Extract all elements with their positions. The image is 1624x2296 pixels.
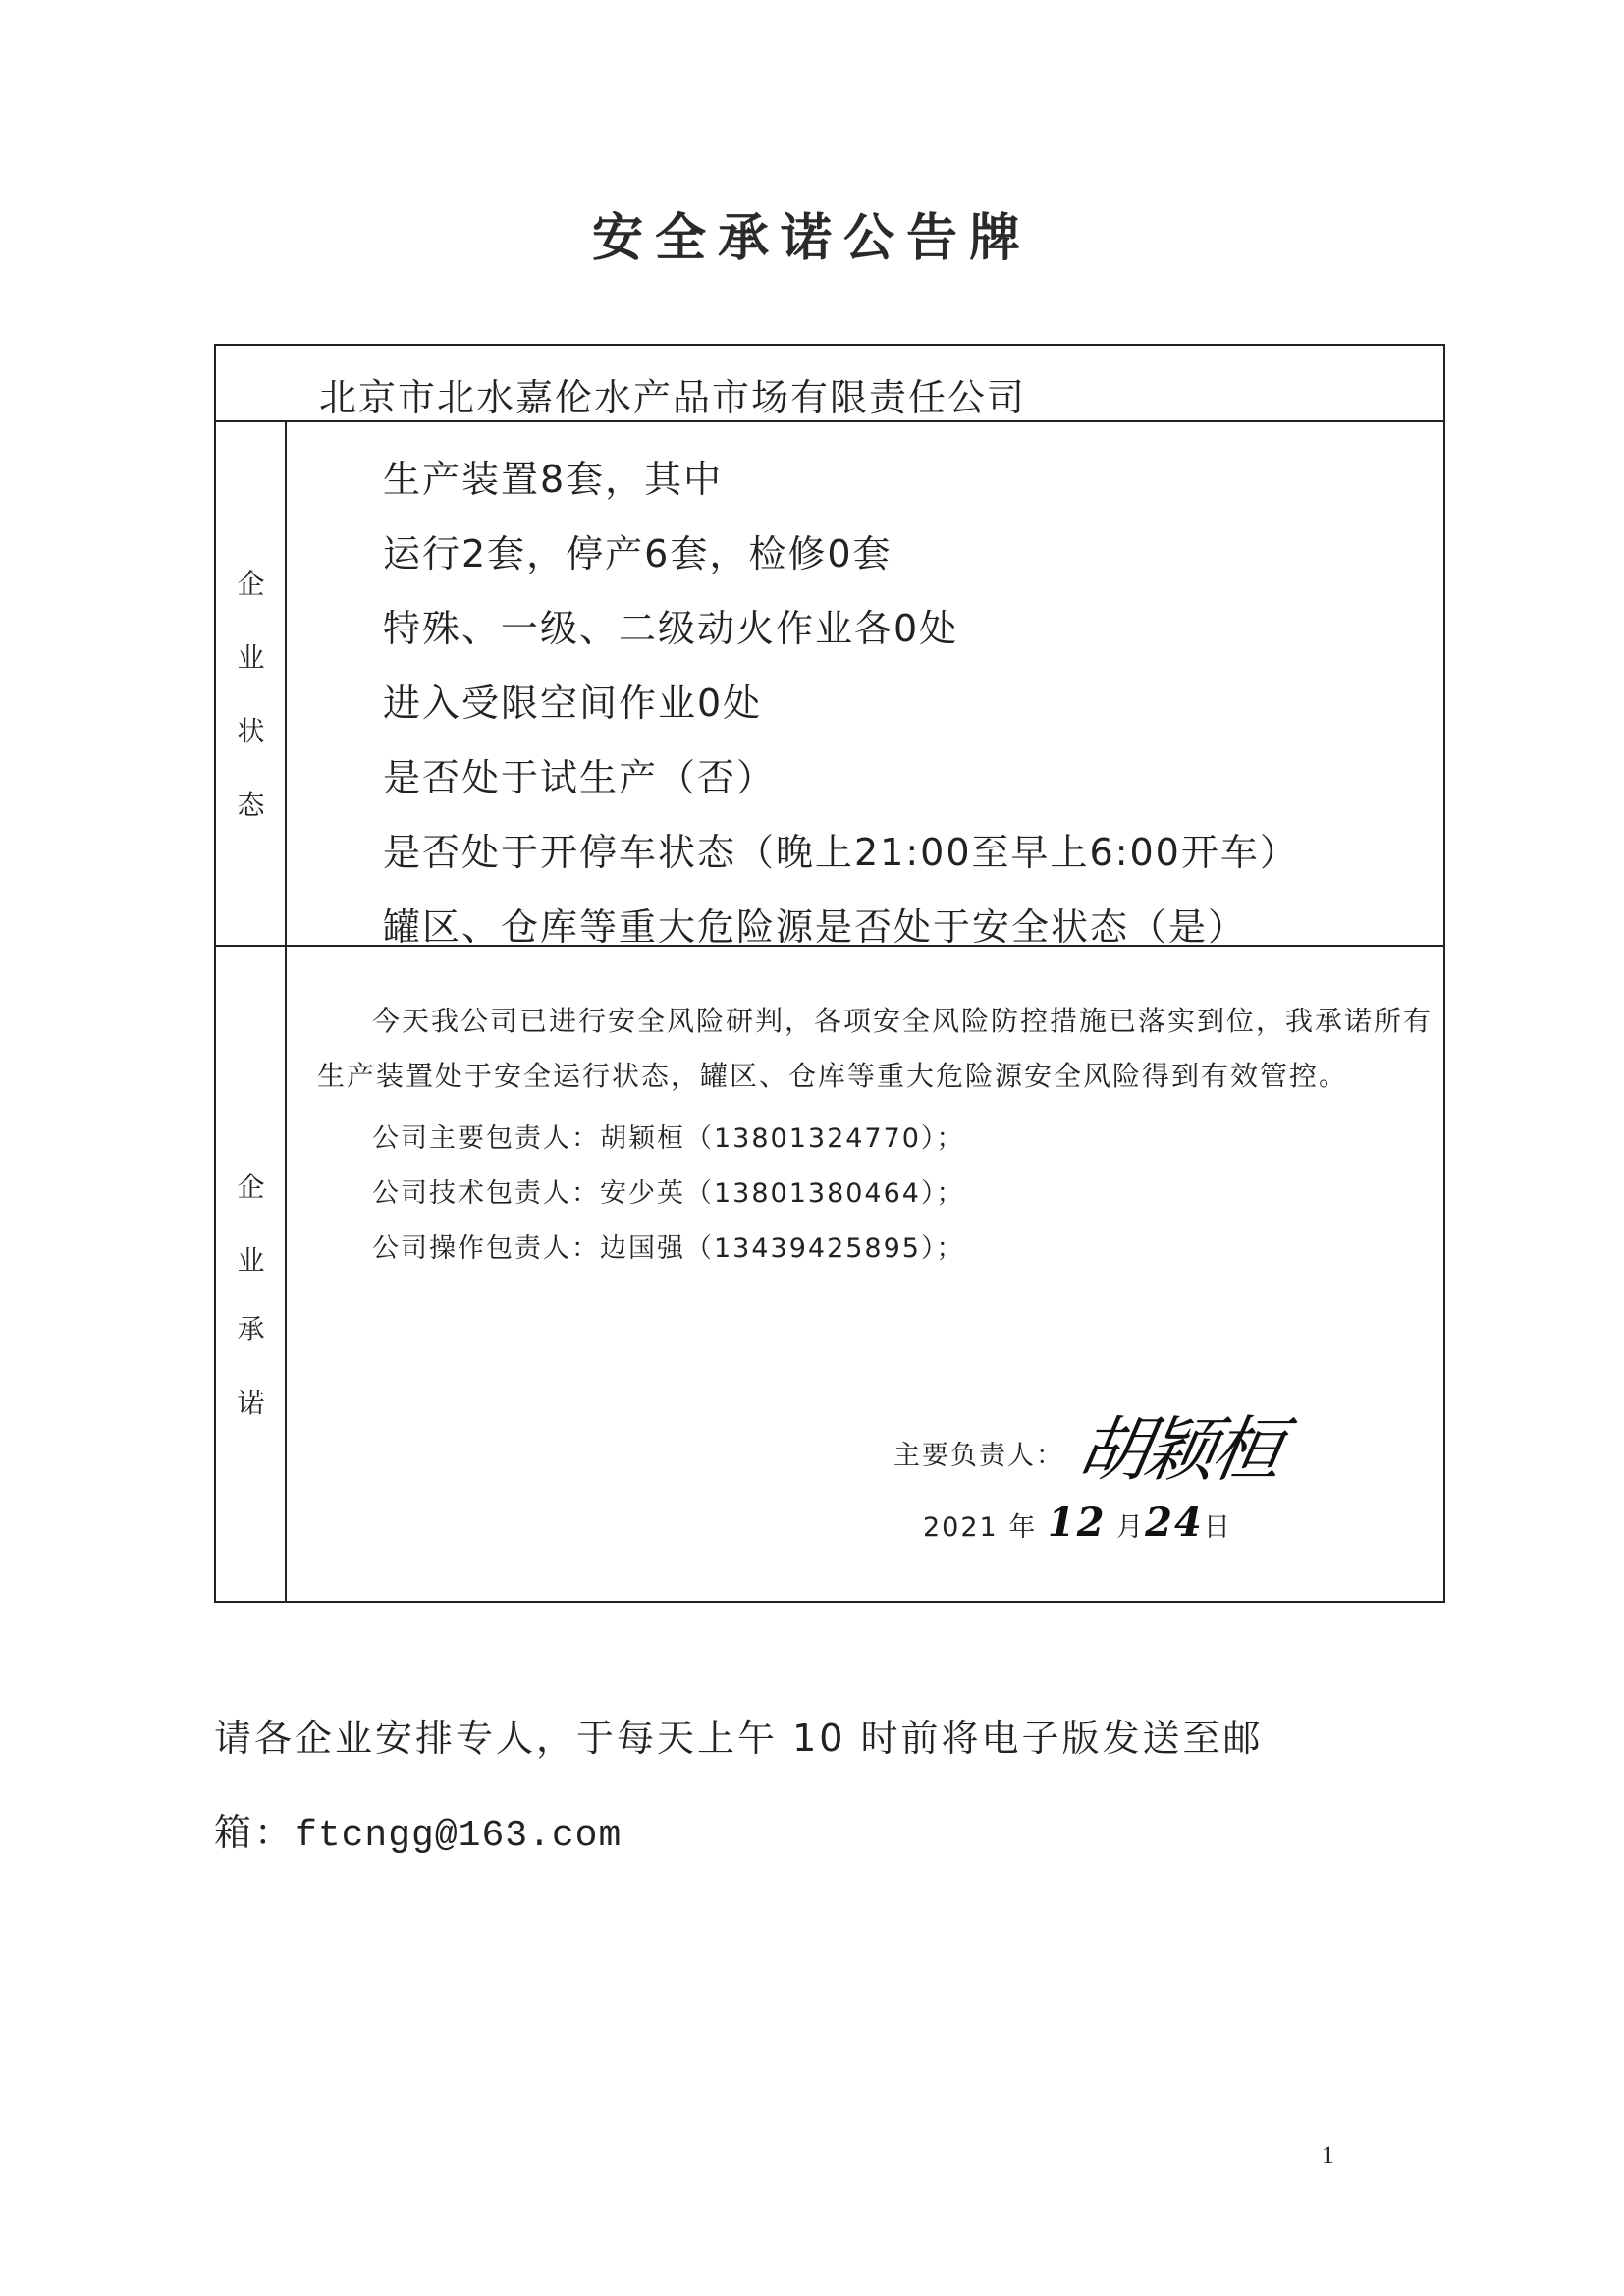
footer-note: 请各企业安排专人，于每天上午 10 时前将电子版发送至邮 箱：ftcngg@16…: [214, 1691, 1264, 1884]
commitment-section-label: 企 业 承 诺: [216, 945, 286, 1601]
contact-main: 公司主要包责人：胡颖桓（13801324770）；: [372, 1112, 1436, 1167]
label-char: 业: [216, 1239, 286, 1279]
contact-role: 公司技术包责人：: [372, 1178, 600, 1209]
label-char: 企: [216, 1166, 286, 1205]
status-line: 罐区、仓库等重大危险源是否处于安全状态（是）: [383, 890, 1299, 964]
contact-operation: 公司操作包责人：边国强（13439425895）；: [372, 1222, 1436, 1277]
label-char: 承: [216, 1308, 286, 1347]
date-month-unit: 月: [1116, 1512, 1145, 1543]
status-line: 是否处于开停车状态（晚上21:00至早上6:00开车）: [383, 815, 1299, 890]
commitment-body: 今天我公司已进行安全风险研判，各项安全风险防控措施已落实到位，我承诺所有生产装置…: [317, 994, 1436, 1277]
footer-line-1: 请各企业安排专人，于每天上午 10 时前将电子版发送至邮: [214, 1691, 1264, 1785]
signature-label: 主要负责人：: [893, 1441, 1064, 1471]
contact-phone: （13439425895）；: [685, 1233, 964, 1264]
status-line: 是否处于试生产（否）: [383, 740, 1299, 815]
commitment-table: 北京市北水嘉伦水产品市场有限责任公司 企 业 状 态 生产装置8套，其中 运行2…: [214, 344, 1445, 1603]
date-day: 24: [1145, 1500, 1204, 1546]
contact-technical: 公司技术包责人：安少英（13801380464）；: [372, 1167, 1436, 1222]
contact-phone: （13801324770）；: [685, 1123, 964, 1154]
label-char: 业: [216, 636, 286, 676]
date-day-unit: 日: [1204, 1512, 1232, 1543]
page-number: 1: [1322, 2141, 1334, 2170]
status-list: 生产装置8套，其中 运行2套，停产6套，检修0套 特殊、一级、二级动火作业各0处…: [383, 442, 1299, 964]
status-line: 运行2套，停产6套，检修0套: [383, 517, 1299, 591]
label-char: 诺: [216, 1382, 286, 1421]
status-section-label: 企 业 状 态: [216, 420, 286, 945]
page-title: 安全承诺公告牌: [0, 196, 1624, 270]
status-line: 特殊、一级、二级动火作业各0处: [383, 591, 1299, 666]
label-char: 状: [216, 710, 286, 749]
company-name: 北京市北水嘉伦水产品市场有限责任公司: [319, 367, 1026, 421]
contact-role: 公司主要包责人：: [372, 1123, 600, 1154]
footer-email: ftcngg@163.com: [295, 1815, 622, 1857]
footer-line-2: 箱：ftcngg@163.com: [214, 1785, 1264, 1884]
contact-phone: （13801380464）；: [685, 1178, 964, 1209]
footer-email-prefix: 箱：: [214, 1811, 295, 1854]
status-line: 进入受限空间作业0处: [383, 666, 1299, 740]
commitment-paragraph: 今天我公司已进行安全风险研判，各项安全风险防控措施已落实到位，我承诺所有生产装置…: [317, 994, 1436, 1104]
contact-name: 安少英: [600, 1178, 685, 1209]
date-year-unit: 年: [1008, 1512, 1037, 1543]
label-char: 态: [216, 784, 286, 823]
contact-list: 公司主要包责人：胡颖桓（13801324770）； 公司技术包责人：安少英（13…: [317, 1112, 1436, 1277]
date-year: 2021: [923, 1512, 999, 1543]
label-char: 企: [216, 563, 286, 602]
contact-name: 胡颖桓: [600, 1123, 685, 1154]
contact-role: 公司操作包责人：: [372, 1233, 600, 1264]
status-line: 生产装置8套，其中: [383, 442, 1299, 517]
signature-date: 2021 年 12 月24日: [893, 1500, 1443, 1546]
contact-name: 边国强: [600, 1233, 685, 1264]
date-month: 12: [1048, 1500, 1107, 1546]
signature-block: 主要负责人： 胡颖桓 2021 年 12 月24日: [893, 1434, 1443, 1546]
handwritten-signature: 胡颖桓: [1071, 1393, 1289, 1495]
